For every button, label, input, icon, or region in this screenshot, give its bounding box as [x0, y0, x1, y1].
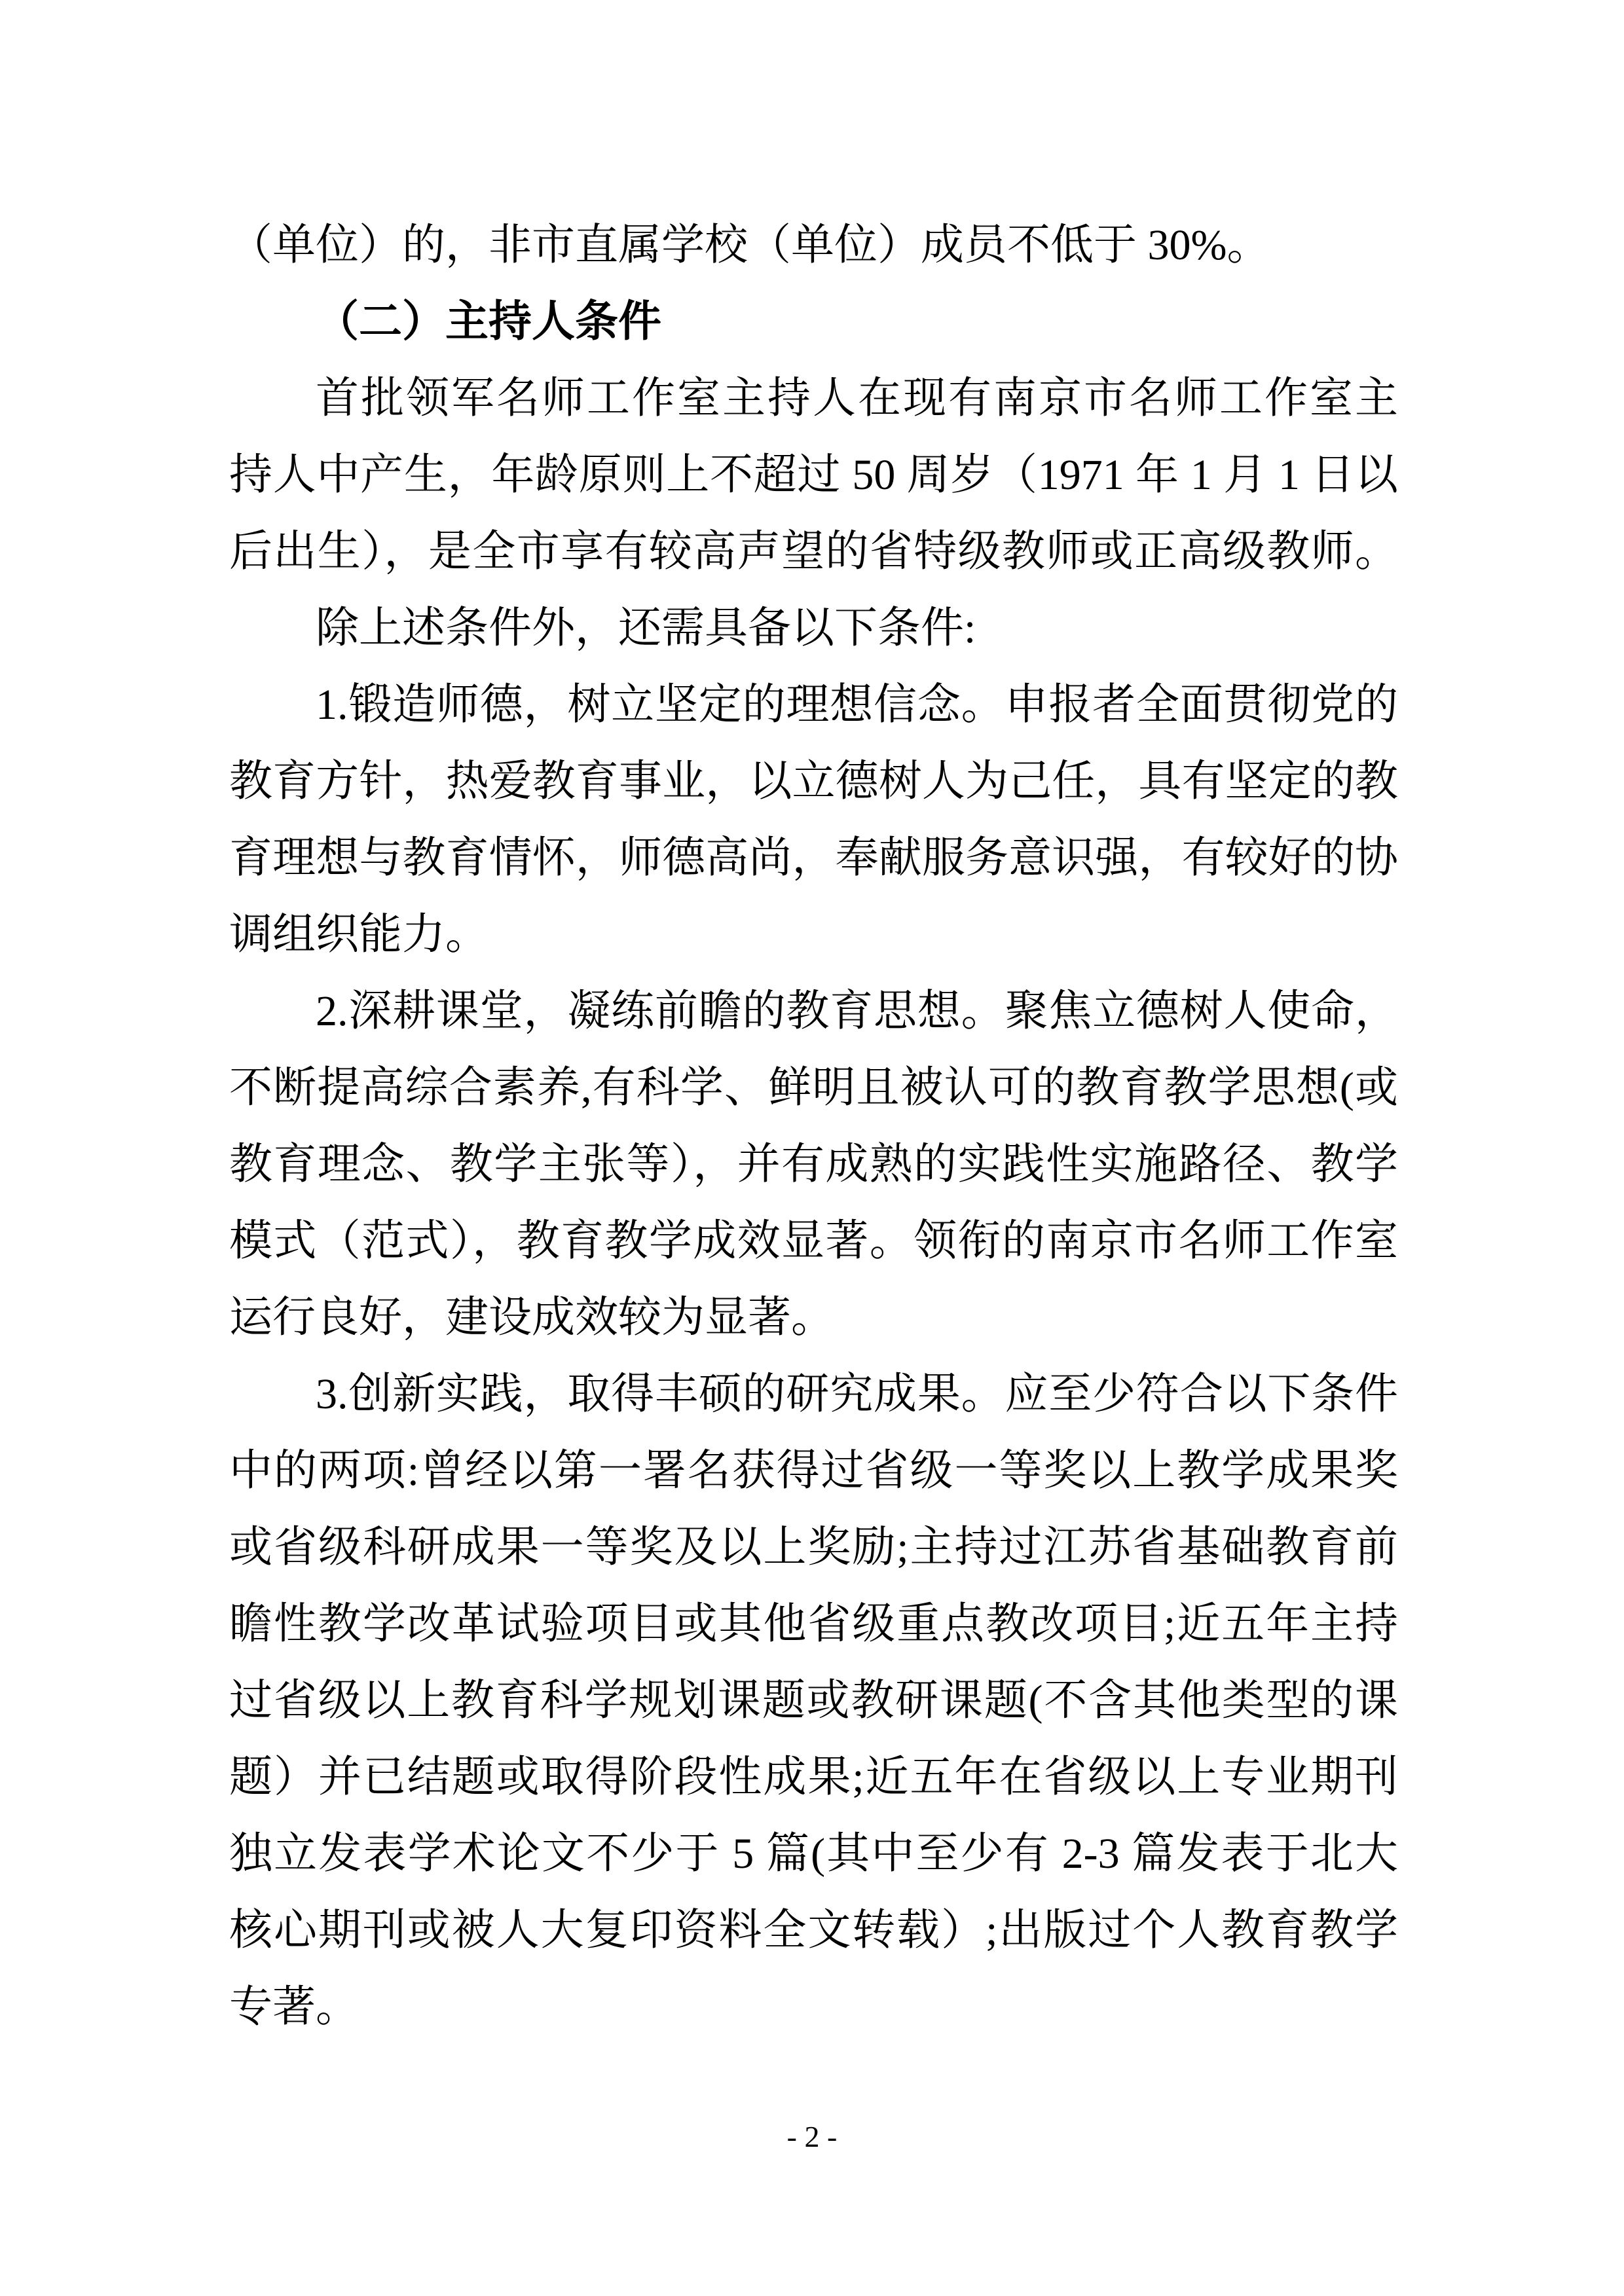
text-line: 运行良好，建设成效较为显著。	[229, 1279, 1398, 1356]
text-line: 专著。	[229, 1969, 1398, 2045]
text-line: 首批领军名师工作室主持人在现有南京市名师工作室主	[229, 360, 1398, 437]
text-line: 调组织能力。	[229, 896, 1398, 973]
text-line: 或省级科研成果一等奖及以上奖励;主持过江苏省基础教育前	[229, 1509, 1398, 1586]
text-line: 育理想与教育情怀，师德高尚，奉献服务意识强，有较好的协	[229, 820, 1398, 896]
text-line: 教育方针，热爱教育事业，以立德树人为己任，具有坚定的教	[229, 743, 1398, 820]
text-line: 瞻性教学改革试验项目或其他省级重点教改项目;近五年主持	[229, 1586, 1398, 1662]
text-line: 独立发表学术论文不少于 5 篇(其中至少有 2-3 篇发表于北大	[229, 1815, 1398, 1892]
text-line: 1.锻造师德，树立坚定的理想信念。申报者全面贯彻党的	[229, 666, 1398, 743]
text-line: 教育理念、教学主张等），并有成熟的实践性实施路径、教学	[229, 1126, 1398, 1203]
page-number: - 2 -	[0, 2119, 1624, 2155]
text-line: 3.创新实践，取得丰硕的研究成果。应至少符合以下条件	[229, 1356, 1398, 1432]
text-line: （二）主持人条件	[229, 283, 1398, 360]
text-line: 核心期刊或被人大复印资料全文转载）;出版过个人教育教学	[229, 1892, 1398, 1969]
document-page: （单位）的，非市直属学校（单位）成员不低于 30%。（二）主持人条件首批领军名师…	[0, 0, 1624, 2296]
text-line: 2.深耕课堂，凝练前瞻的教育思想。聚焦立德树人使命，	[229, 973, 1398, 1049]
text-line: 后出生），是全市享有较高声望的省特级教师或正高级教师。	[229, 513, 1398, 590]
document-body: （单位）的，非市直属学校（单位）成员不低于 30%。（二）主持人条件首批领军名师…	[229, 207, 1398, 2045]
text-line: 不断提高综合素养,有科学、鲜明且被认可的教育教学思想(或	[229, 1049, 1398, 1126]
text-line: 题）并已结题或取得阶段性成果;近五年在省级以上专业期刊	[229, 1739, 1398, 1815]
text-line: 持人中产生，年龄原则上不超过 50 周岁（1971 年 1 月 1 日以	[229, 437, 1398, 513]
text-line: 除上述条件外，还需具备以下条件:	[229, 590, 1398, 666]
text-line: （单位）的，非市直属学校（单位）成员不低于 30%。	[229, 207, 1398, 283]
text-line: 过省级以上教育科学规划课题或教研课题(不含其他类型的课	[229, 1662, 1398, 1739]
text-line: 中的两项:曾经以第一署名获得过省级一等奖以上教学成果奖	[229, 1432, 1398, 1509]
text-line: 模式（范式），教育教学成效显著。领衔的南京市名师工作室	[229, 1203, 1398, 1279]
